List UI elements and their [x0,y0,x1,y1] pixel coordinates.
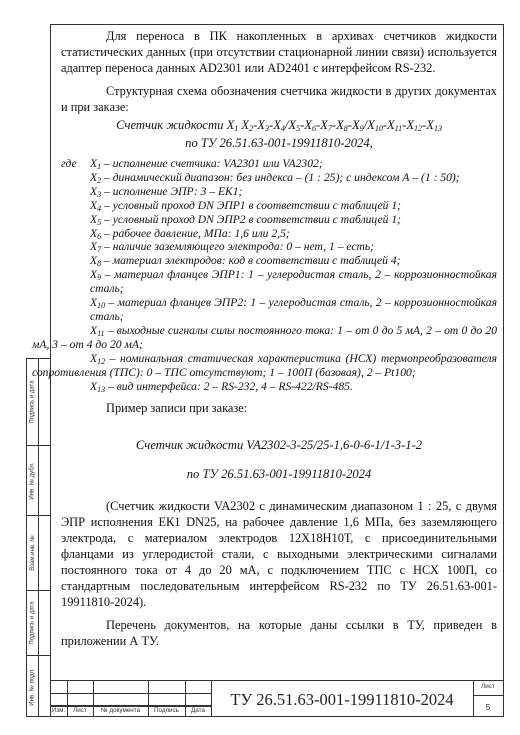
legend-item: X7 – наличие заземляющего электрода: 0 –… [61,240,497,254]
side-strip-cell: Подпись и дата [27,591,50,656]
paragraph-structure-intro: Структурная схема обозначения счетчика ж… [61,83,497,115]
side-strip-label: Взам.инв. № [30,535,36,571]
legend-item: X10 – материал фланцев ЭПР2: 1 – углерод… [61,296,497,324]
legend-item: X13 – вид интерфейса: 2 – RS-232, 4 – RS… [61,380,497,394]
side-strip-cell: Инв. № дубл. [27,446,50,516]
side-strip-cell: Инв. № подл. [27,656,50,718]
col-doc-number: № документа [93,707,148,714]
sheet-label: Лист [473,683,503,690]
side-strip-cell: Подпись и дата [27,359,50,446]
formula-variables: X1 X2-X3-X4/X5-X6-X7-X8-X9/X10-X11-X12-X… [227,118,442,132]
legend-item: гдеX1 – исполнение счетчика: VA2301 или … [61,157,497,171]
example-designation: Счетчик жидкости VA2302-3-25/25-1,6-0-6-… [61,437,497,453]
paragraph-references: Перечень документов, на которые даны ссы… [61,617,497,649]
col-list: Лист [67,707,93,714]
example-heading: Пример записи при заказе: [61,400,497,416]
designation-legend: гдеX1 – исполнение счетчика: VA2301 или … [61,157,497,393]
col-signature: Подпись [148,707,185,714]
paragraph-data-transfer: Для переноса в ПК накопленных в архивах … [61,28,497,76]
side-strip-label: Инв. № дубл. [30,462,36,499]
col-date: Дата [185,707,211,714]
legend-item: X3 – исполнение ЭПР: 3 – ЕК1; [61,185,497,199]
title-block: Изм. Лист № документа Подпись Дата ТУ 26… [50,680,504,717]
legend-item: X11 – выходные сигналы силы постоянного … [32,324,497,352]
example-explanation: (Счетчик жидкости VA2302 с динамическим … [61,498,497,610]
legend-item: X2 – динамический диапазон: без индекса … [61,171,497,185]
legend-item: X6 – рабочее давление, МПа: 1,6 или 2,5; [61,227,497,241]
sheet-box: Лист 5 [473,681,503,718]
designation-formula-tu: по ТУ 26.51.63-001-19911810-2024, [61,135,497,151]
side-strip-label: Подпись и дата [30,601,36,644]
col-izm: Изм. [50,707,67,714]
designation-formula: Счетчик жидкости X1 X2-X3-X4/X5-X6-X7-X8… [61,117,497,133]
legend-item: X4 – условный проход DN ЭПР1 в соответст… [61,199,497,213]
document-body: Для переноса в ПК накопленных в архивах … [61,28,497,649]
document-code: ТУ 26.51.63-001-19911810-2024 [211,681,473,718]
legend-item: X9 – материал фланцев ЭПР1: 1 – углероди… [61,268,497,296]
sheet-number: 5 [473,702,503,712]
legend-item: X8 – материал электродов: код в соответс… [61,254,497,268]
legend-item: X12 – номинальная статическая характерис… [32,352,497,380]
approval-side-strip: Подпись и датаИнв. № дубл.Взам.инв. №Под… [26,358,50,717]
side-strip-cell: Взам.инв. № [27,516,50,591]
example-designation-tu: по ТУ 26.51.63-001-19911810-2024 [61,466,497,482]
side-strip-label: Подпись и дата [30,380,36,423]
legend-item: X5 – условный проход DN ЭПР2 в соответст… [61,213,497,227]
side-strip-label: Инв. № подл. [30,668,36,705]
